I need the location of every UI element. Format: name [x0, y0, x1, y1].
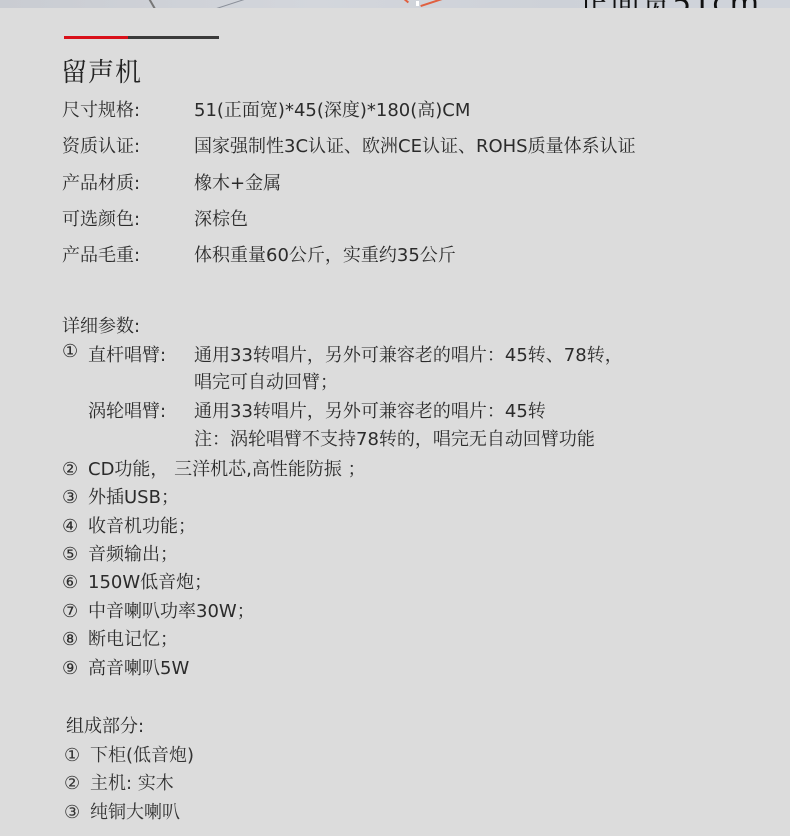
item-text: CD功能， 三洋机芯,高性能防振 ；: [88, 459, 366, 480]
detail-item: ⑧断电记忆；: [62, 625, 178, 651]
item-text: 高音喇叭5W: [88, 658, 189, 679]
detail-item-1-text: 唱完可自动回臂；: [194, 368, 338, 394]
top-banner-remnant: 正面宽51cm: [0, 0, 790, 8]
details-heading: 详细参数:: [62, 312, 140, 338]
detail-item-1-label-turbo-arm: 涡轮唱臂:: [88, 397, 166, 423]
decorative-red-line: [397, 0, 409, 3]
item-text: 主机: 实木: [90, 773, 174, 794]
item-text: 外插USB；: [88, 487, 179, 508]
decorative-line: [216, 0, 254, 8]
detail-item: ⑤音频输出；: [62, 540, 178, 566]
detail-item: ②CD功能， 三洋机芯,高性能防振 ；: [62, 455, 366, 481]
item-text: 收音机功能；: [88, 516, 196, 537]
detail-item: ⑥150W低音炮；: [62, 568, 212, 594]
item-number: ③: [64, 802, 90, 823]
detail-item-1-note: 注：涡轮唱臂不支持78转的，唱完无自动回臂功能: [194, 425, 595, 451]
item-number: ⑧: [62, 629, 88, 650]
item-text: 音频输出；: [88, 544, 178, 565]
item-number: ④: [62, 516, 88, 537]
item-number: ⑤: [62, 544, 88, 565]
item-text: 断电记忆；: [88, 629, 178, 650]
spec-label: 尺寸规格:: [62, 96, 140, 122]
component-item: ③纯铜大喇叭: [64, 798, 180, 824]
product-spec-page: 正面宽51cm 留声机 尺寸规格: 51(正面宽)*45(深度)*180(高)C…: [0, 0, 790, 836]
item-number: ⑥: [62, 572, 88, 593]
detail-item: ③外插USB；: [62, 483, 179, 509]
spec-value: 橡木+金属: [194, 169, 281, 195]
accent-divider: [64, 36, 219, 39]
detail-item-1-text: 通用33转唱片，另外可兼容老的唱片：45转、78转，: [194, 341, 623, 367]
item-text: 中音喇叭功率30W；: [88, 601, 255, 622]
spec-value: 国家强制性3C认证、欧洲CE认证、ROHS质量体系认证: [194, 132, 636, 158]
spec-value: 51(正面宽)*45(深度)*180(高)CM: [194, 96, 470, 122]
item-text: 150W低音炮；: [88, 572, 212, 593]
component-item: ②主机: 实木: [64, 769, 174, 795]
decorative-line: [146, 0, 156, 8]
spec-label: 产品毛重:: [62, 241, 140, 267]
item-number: ②: [62, 459, 88, 480]
spec-value: 体积重量60公斤，实重约35公斤: [194, 241, 456, 267]
item-text: 下柜(低音炮): [90, 745, 194, 766]
spec-label: 可选颜色:: [62, 205, 140, 231]
item-number: ⑨: [62, 658, 88, 679]
item-number: ⑦: [62, 601, 88, 622]
page-title: 留声机: [61, 52, 142, 89]
detail-item: ④收音机功能；: [62, 512, 196, 538]
accent-divider-red: [64, 36, 128, 39]
detail-item-1-text: 通用33转唱片，另外可兼容老的唱片：45转: [194, 397, 546, 423]
spec-value: 深棕色: [194, 205, 248, 231]
accent-divider-dark: [128, 36, 219, 39]
detail-item: ⑨高音喇叭5W: [62, 654, 189, 680]
components-heading: 组成部分:: [66, 712, 144, 738]
banner-cut-text: 正面宽51cm: [579, 0, 760, 8]
detail-item: ⑦中音喇叭功率30W；: [62, 597, 255, 623]
detail-item-1-num: ①: [62, 341, 78, 362]
decorative-red-line: [420, 0, 445, 7]
detail-item-1-label-straight-arm: 直杆唱臂:: [88, 341, 166, 367]
item-number: ③: [62, 487, 88, 508]
spec-label: 资质认证:: [62, 132, 140, 158]
item-number: ①: [64, 745, 90, 766]
item-number: ②: [64, 773, 90, 794]
spec-label: 产品材质:: [62, 169, 140, 195]
component-item: ①下柜(低音炮): [64, 741, 194, 767]
decorative-dot: [416, 1, 419, 6]
item-text: 纯铜大喇叭: [90, 802, 180, 823]
